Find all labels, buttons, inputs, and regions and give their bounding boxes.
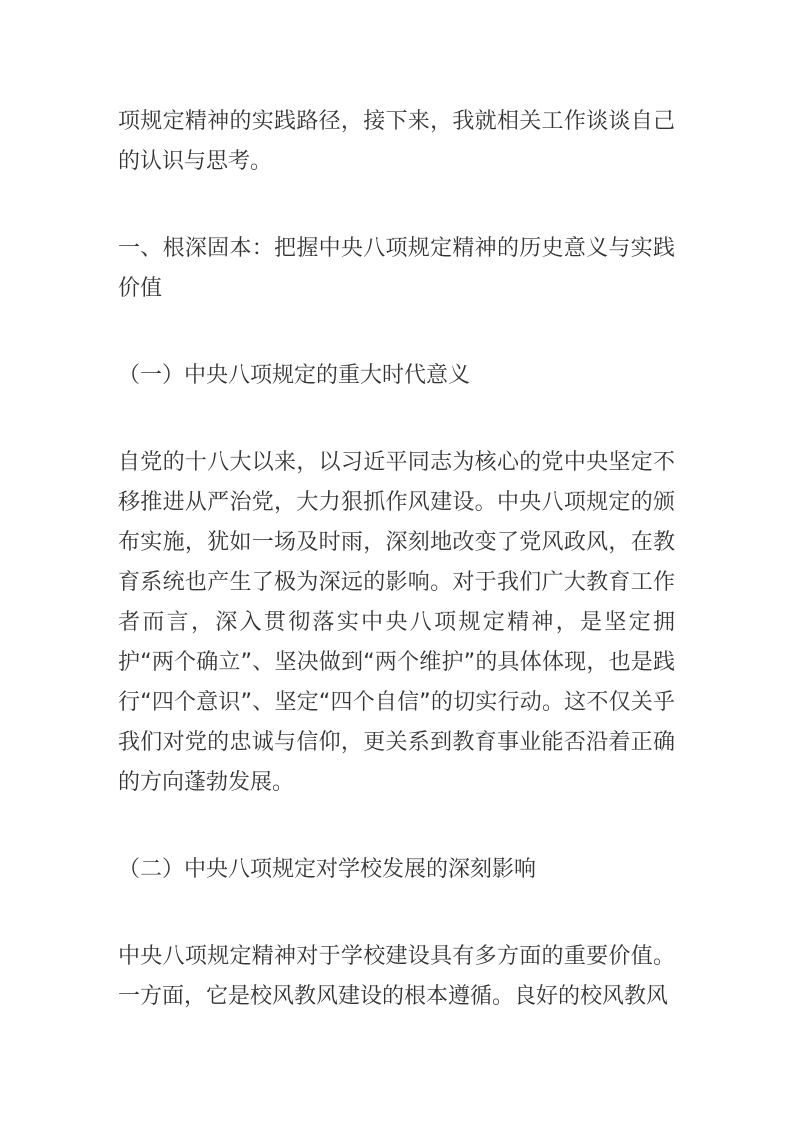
document-page: 项规定精神的实践路径，接下来，我就相关工作谈谈自己的认识与思考。 一、根深固本：… — [0, 0, 793, 1122]
intro-continuation-paragraph: 项规定精神的实践路径，接下来，我就相关工作谈谈自己的认识与思考。 — [118, 102, 675, 182]
section-heading-1: 一、根深固本：把握中央八项规定精神的历史意义与实践价值 — [118, 229, 675, 309]
subsection-heading-1-1: （一）中央八项规定的重大时代意义 — [118, 356, 675, 396]
body-paragraph-1: 自党的十八大以来，以习近平同志为核心的党中央坚定不移推进从严治党，大力狠抓作风建… — [118, 443, 675, 803]
subsection-heading-1-2: （二）中央八项规定对学校发展的深刻影响 — [118, 850, 675, 890]
body-paragraph-2: 中央八项规定精神对于学校建设具有多方面的重要价值。一方面，它是校风教风建设的根本… — [118, 937, 675, 1017]
